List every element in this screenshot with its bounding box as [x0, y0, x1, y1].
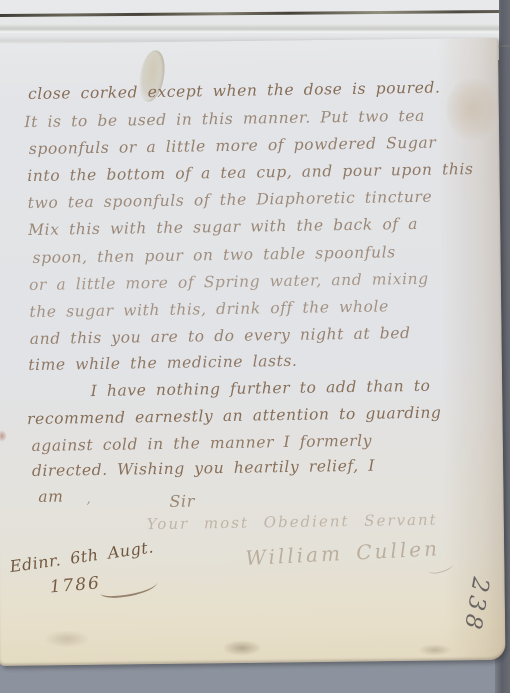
- letter-line: directed. Wishing you heartily relief, I: [32, 456, 375, 481]
- letter-line: I have nothing further to add than to: [91, 376, 431, 401]
- closing-pen-mark: ,: [86, 489, 91, 509]
- letter-line: It is to be used in this manner. Put two…: [24, 106, 425, 132]
- closing-sir: Sir: [169, 491, 195, 511]
- letter-line: or a little more of Spring water, and mi…: [29, 269, 429, 295]
- letter-line: two tea spoonfuls of the Diaphoretic tin…: [28, 187, 433, 213]
- closing-valediction: Your most Obedient Servant: [147, 510, 438, 535]
- letter-line: close corked except when the dose is pou…: [28, 78, 441, 104]
- handwriting-layer: close corked except when the dose is pou…: [0, 0, 510, 693]
- signature-flourish: [427, 559, 455, 576]
- year-flourish: [99, 575, 159, 600]
- letter-line: into the bottom of a tea cup, and pour u…: [27, 159, 474, 186]
- dateline-place-day: Edinr. 6th Augt.: [9, 537, 155, 577]
- letter-line: Mix this with the sugar with the back of…: [28, 214, 418, 240]
- letter-line: the sugar with this, drink off the whole: [29, 296, 389, 322]
- letter-line: spoon, then pour on two table spoonfuls: [32, 242, 396, 268]
- closing-am: am: [38, 487, 63, 507]
- manuscript-letter-scan: close corked except when the dose is pou…: [0, 0, 510, 693]
- letter-line: spoonfuls or a little more of powdered S…: [29, 133, 437, 159]
- dateline-year: 1786: [49, 573, 102, 597]
- letter-line: recommend earnestly an attention to guar…: [27, 403, 442, 430]
- letter-line: and this you are to do every night at be…: [30, 323, 411, 349]
- signature-william-cullen: William Cullen: [245, 538, 440, 568]
- letter-line: time while the medicine lasts.: [28, 351, 298, 375]
- letter-line: against cold in the manner I formerly: [31, 431, 372, 456]
